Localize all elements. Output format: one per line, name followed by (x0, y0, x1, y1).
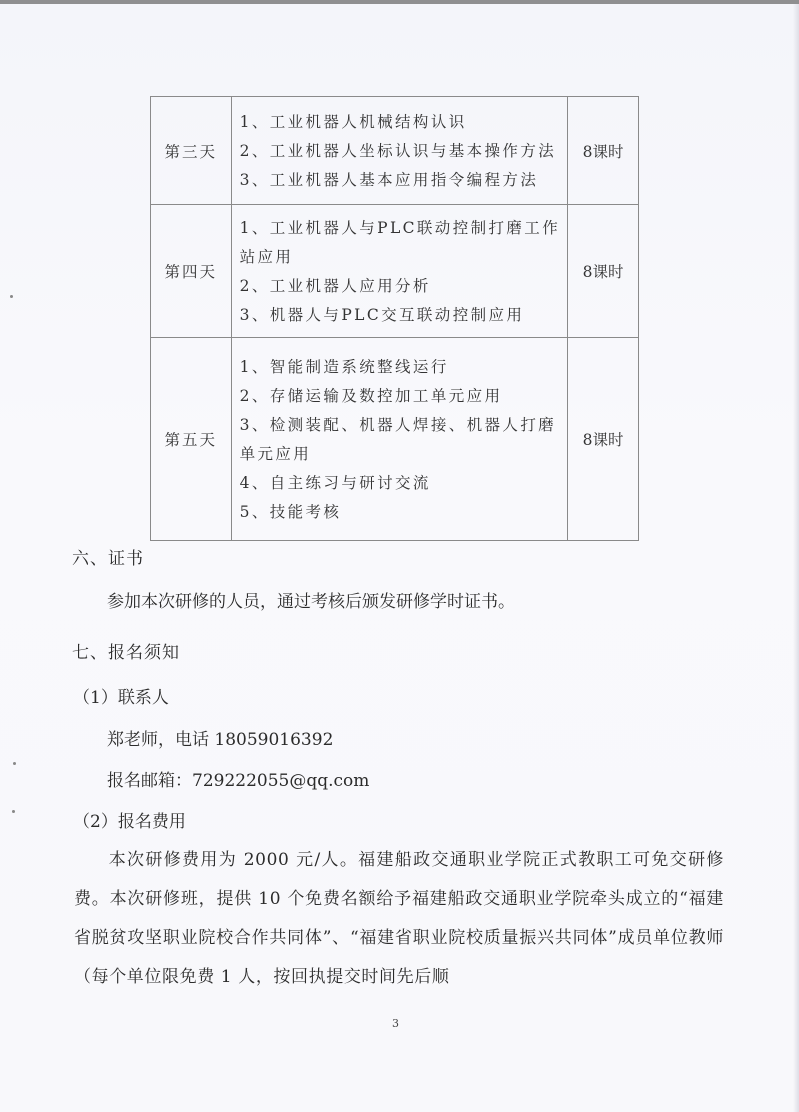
hours-cell: 8课时 (568, 338, 639, 541)
scan-edge (793, 4, 799, 1112)
day-cell: 第五天 (151, 338, 232, 541)
fee-heading: （2）报名费用 (73, 807, 186, 832)
contact-email: 报名邮箱：729222055@qq.com (107, 766, 369, 791)
content-item: 2、工业机器人坐标认识与基本操作方法 (240, 137, 562, 166)
scan-speck (12, 810, 15, 813)
content-item: 站应用 (240, 243, 562, 272)
content-item: 2、工业机器人应用分析 (240, 272, 562, 301)
contact-heading: （1）联系人 (73, 683, 169, 708)
table-row: 第三天 1、工业机器人机械结构认识 2、工业机器人坐标认识与基本操作方法 3、工… (151, 97, 639, 205)
content-cell: 1、智能制造系统整线运行 2、存储运输及数控加工单元应用 3、检测装配、机器人焊… (231, 338, 568, 541)
day-cell: 第三天 (151, 97, 232, 205)
content-item: 单元应用 (240, 440, 562, 469)
scan-speck (10, 295, 13, 298)
content-item: 4、自主练习与研讨交流 (240, 469, 562, 498)
scan-speck (13, 762, 16, 765)
content-item: 3、机器人与PLC交互联动控制应用 (240, 301, 562, 330)
hours-cell: 8课时 (568, 97, 639, 205)
contact-phone: 郑老师，电话 18059016392 (107, 725, 333, 750)
content-item: 3、检测装配、机器人焊接、机器人打磨 (240, 411, 562, 440)
content-item: 1、工业机器人与PLC联动控制打磨工作 (240, 214, 562, 243)
document-page: 第三天 1、工业机器人机械结构认识 2、工业机器人坐标认识与基本操作方法 3、工… (0, 0, 799, 1112)
content-item: 2、存储运输及数控加工单元应用 (240, 382, 562, 411)
table-row: 第五天 1、智能制造系统整线运行 2、存储运输及数控加工单元应用 3、检测装配、… (151, 338, 639, 541)
content-cell: 1、工业机器人机械结构认识 2、工业机器人坐标认识与基本操作方法 3、工业机器人… (231, 97, 568, 205)
hours-cell: 8课时 (568, 205, 639, 338)
training-schedule-table: 第三天 1、工业机器人机械结构认识 2、工业机器人坐标认识与基本操作方法 3、工… (150, 96, 639, 541)
content-item: 1、智能制造系统整线运行 (240, 353, 562, 382)
day-cell: 第四天 (151, 205, 232, 338)
section-heading-certificate: 六、证书 (72, 544, 144, 569)
content-cell: 1、工业机器人与PLC联动控制打磨工作 站应用 2、工业机器人应用分析 3、机器… (231, 205, 568, 338)
page-number: 3 (392, 1017, 399, 1030)
content-item: 3、工业机器人基本应用指令编程方法 (240, 166, 562, 195)
content-item: 1、工业机器人机械结构认识 (240, 108, 562, 137)
certificate-body: 参加本次研修的人员，通过考核后颁发研修学时证书。 (107, 587, 515, 612)
fee-body-text: 本次研修费用为 2000 元/人。福建船政交通职业学院正式教职工可免交研修费。本… (74, 850, 724, 987)
section-heading-registration: 七、报名须知 (72, 638, 180, 663)
table-row: 第四天 1、工业机器人与PLC联动控制打磨工作 站应用 2、工业机器人应用分析 … (151, 205, 639, 338)
content-item: 5、技能考核 (240, 498, 562, 527)
fee-body: 本次研修费用为 2000 元/人。福建船政交通职业学院正式教职工可免交研修费。本… (74, 841, 724, 997)
